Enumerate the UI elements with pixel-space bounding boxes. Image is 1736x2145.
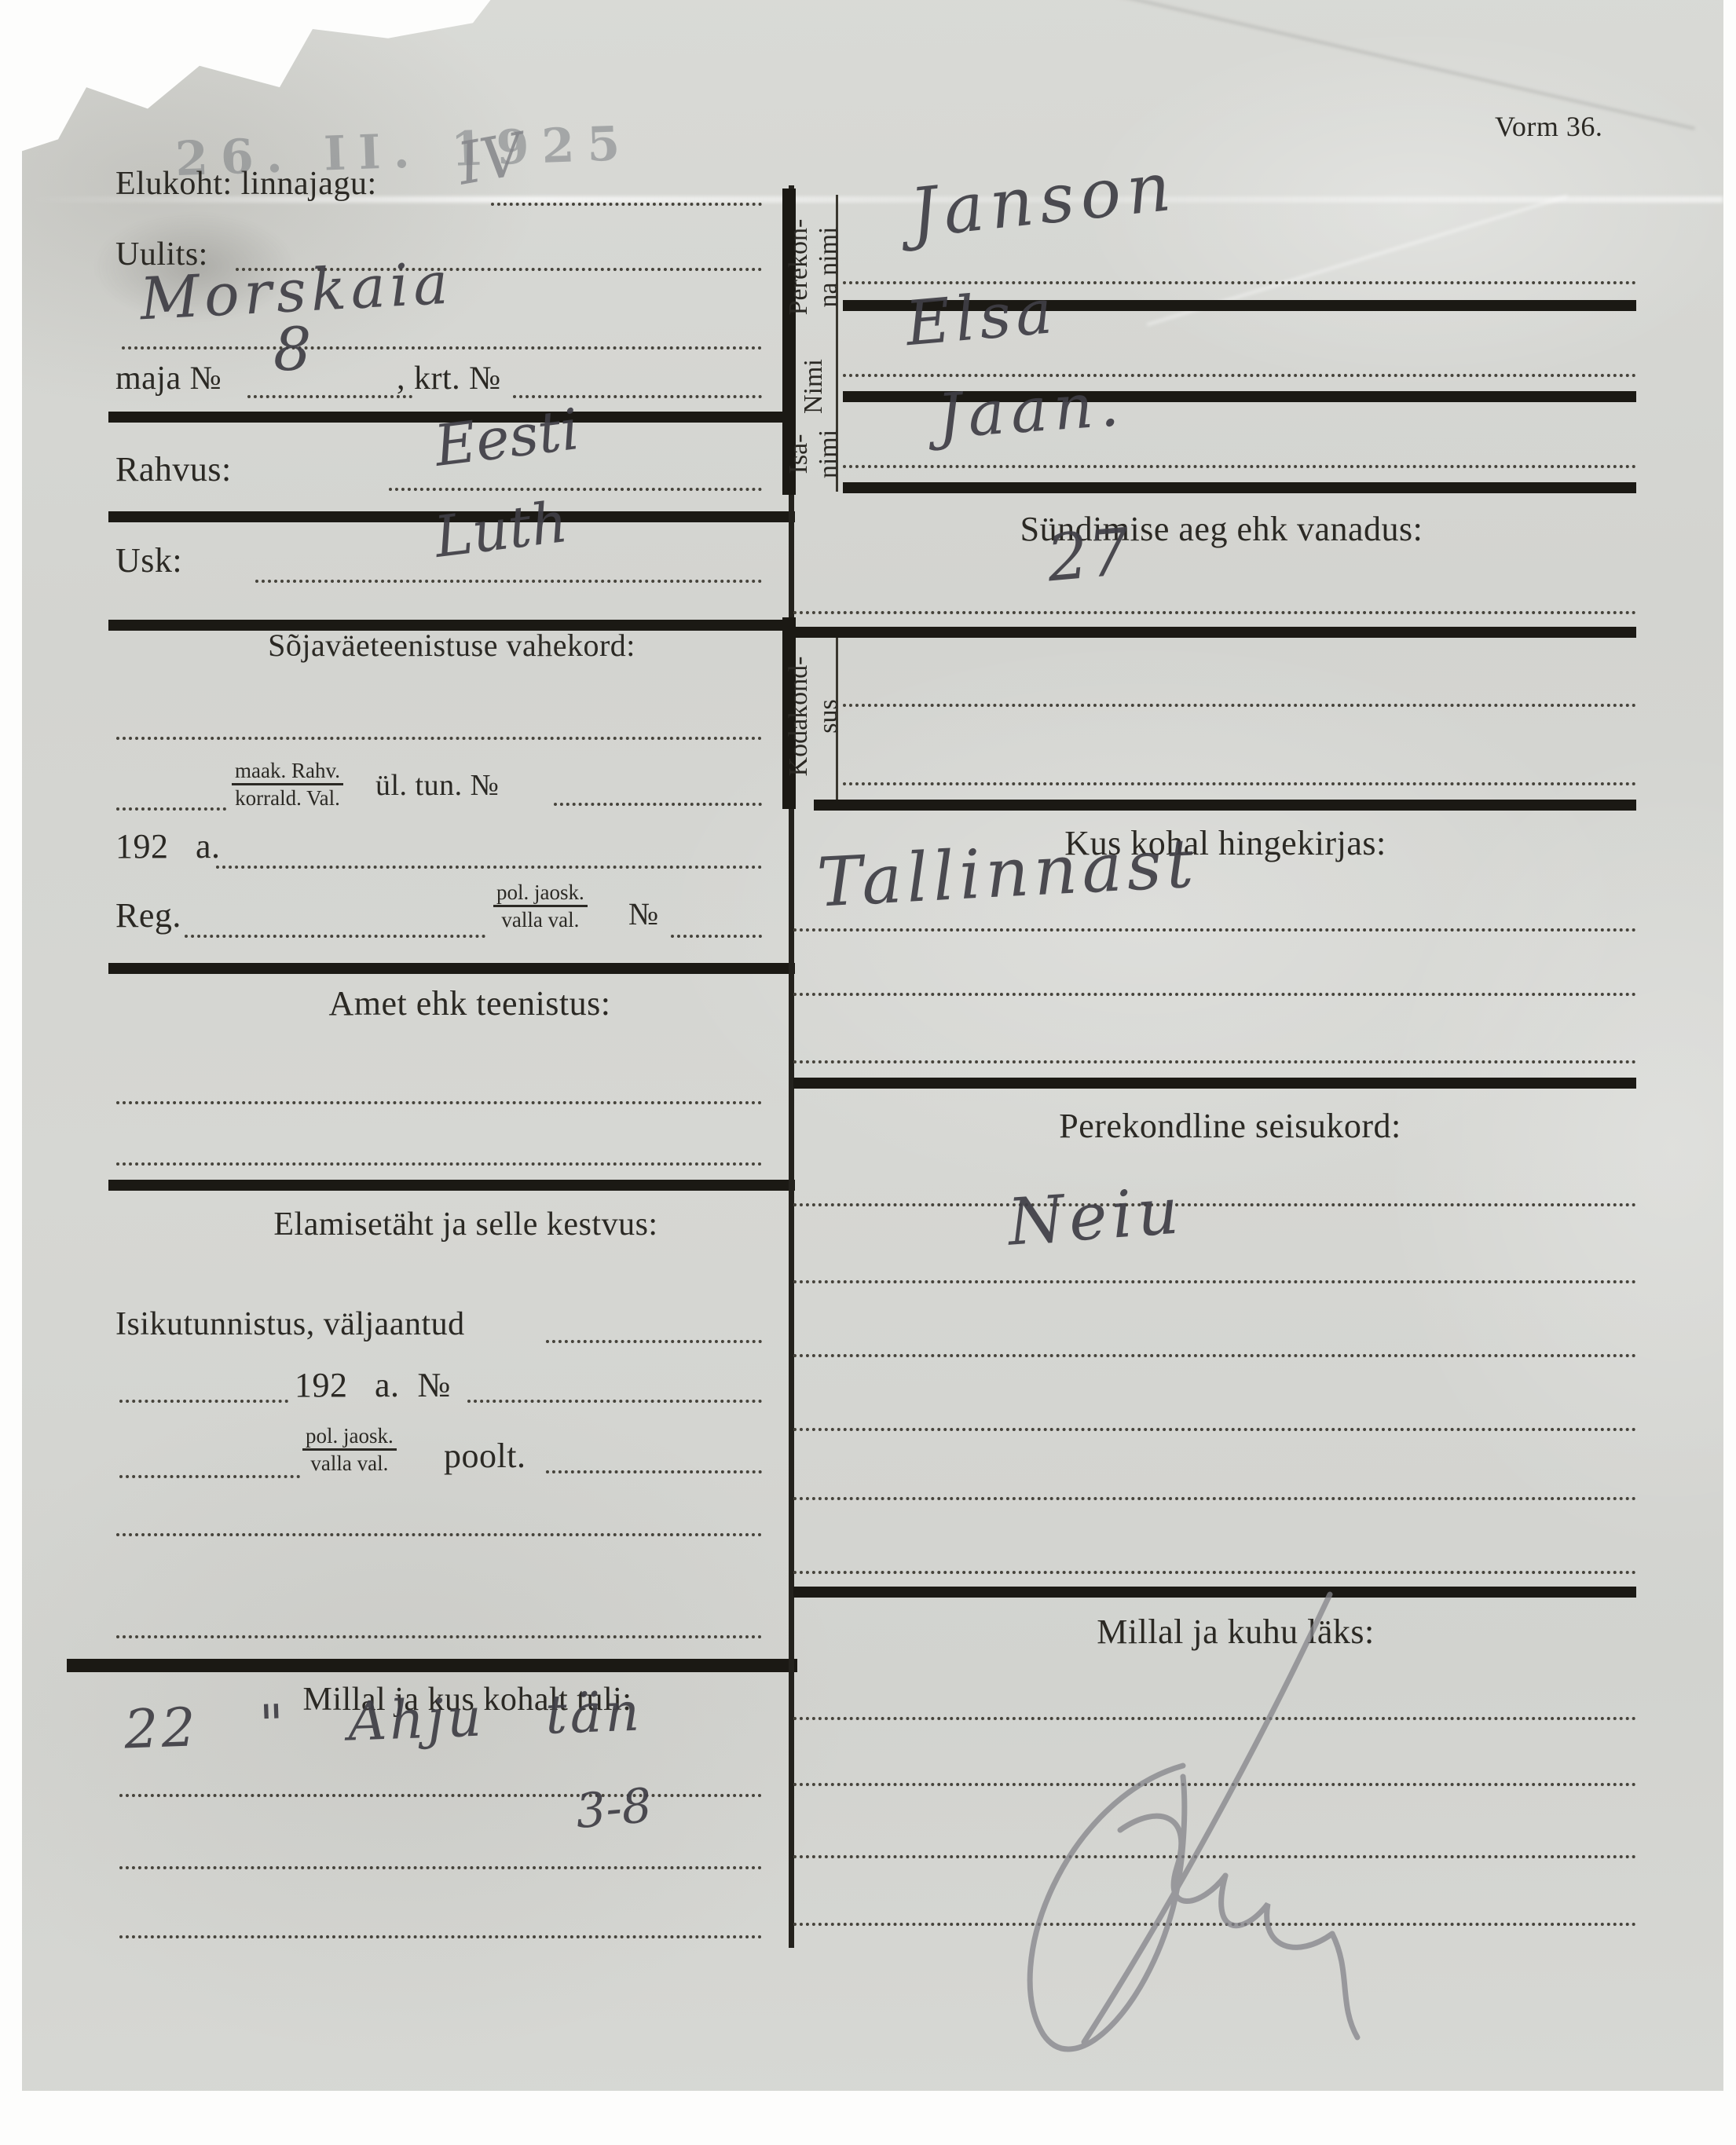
dotted-line bbox=[793, 1855, 1636, 1858]
citizenship-label-line1: Kodakond- bbox=[784, 657, 814, 777]
father-name-label-line2: nimi bbox=[814, 430, 844, 478]
military-year-label: 192 a. bbox=[115, 826, 221, 866]
dotted-line bbox=[389, 488, 762, 491]
fraction-bottom: korrald. Val. bbox=[232, 785, 343, 811]
fraction-bottom: valla val. bbox=[302, 1451, 397, 1476]
birth-value: 27 bbox=[1044, 515, 1132, 597]
first-name-vertical-label: Nimi bbox=[799, 359, 829, 414]
paper-sheet: Vorm 36. 26. II. 1925 Elukoht: linnajagu… bbox=[22, 0, 1723, 2091]
dotted-line bbox=[116, 1533, 762, 1536]
dotted-line bbox=[793, 1783, 1636, 1786]
dotted-line bbox=[793, 993, 1636, 996]
dotted-line bbox=[671, 935, 762, 938]
dotted-line bbox=[793, 1060, 1636, 1063]
dotted-line bbox=[793, 1203, 1636, 1206]
scanned-form-page: Vorm 36. 26. II. 1925 Elukoht: linnajagu… bbox=[0, 0, 1736, 2145]
dept-fraction: pol. jaosk. valla val. bbox=[493, 880, 588, 933]
section-divider-bar bbox=[843, 482, 1636, 493]
dotted-line bbox=[793, 1354, 1636, 1357]
dotted-line bbox=[793, 1717, 1636, 1720]
section-divider-bar bbox=[108, 1180, 795, 1191]
citizenship-vertical-label: Kodakond- sus bbox=[784, 657, 844, 777]
dotted-line bbox=[793, 1280, 1636, 1283]
father-name-label-line1: Isa- bbox=[784, 430, 814, 478]
year-suffix: a. bbox=[375, 1366, 400, 1404]
surname-vertical-label: Perekon- na nimi bbox=[784, 219, 844, 316]
dotted-line bbox=[491, 203, 762, 206]
section-divider-bar bbox=[793, 1078, 1636, 1089]
section-divider-bar bbox=[108, 963, 795, 974]
marital-header: Perekondline seisukord: bbox=[1059, 1106, 1401, 1146]
father-name-value: Jaan. bbox=[935, 369, 1127, 452]
registry-value: Tallinnast bbox=[815, 824, 1200, 922]
dotted-line bbox=[247, 395, 412, 398]
certificate-label: ül. tun. № bbox=[375, 768, 499, 803]
year-prefix: 192 bbox=[295, 1366, 348, 1404]
year-prefix: 192 bbox=[115, 827, 169, 866]
dotted-line bbox=[843, 465, 1636, 468]
citizenship-label-line2: sus bbox=[814, 657, 844, 777]
nationality-value: Eesti bbox=[431, 396, 583, 479]
first-name-value: Elsa bbox=[903, 276, 1060, 360]
dotted-line bbox=[116, 1635, 762, 1638]
dotted-line bbox=[116, 737, 762, 740]
military-service-header: Sõjaväeteenistuse vahekord: bbox=[268, 627, 635, 664]
house-number-value: 8 bbox=[273, 314, 311, 384]
dotted-line bbox=[793, 611, 1636, 614]
section-divider-bar bbox=[814, 800, 1636, 811]
dotted-line bbox=[793, 1923, 1636, 1926]
marital-value: Neiu bbox=[1005, 1173, 1185, 1260]
dotted-line bbox=[793, 1497, 1636, 1500]
dotted-line bbox=[122, 346, 762, 350]
dotted-line bbox=[119, 1866, 762, 1869]
dotted-line bbox=[255, 580, 762, 583]
dotted-line bbox=[793, 1571, 1636, 1574]
dotted-line bbox=[793, 1428, 1636, 1431]
issuer-fraction: pol. jaosk. valla val. bbox=[302, 1423, 397, 1477]
dotted-line bbox=[119, 1400, 288, 1403]
residence-value: IV bbox=[452, 120, 528, 198]
first-name-label: Nimi bbox=[799, 359, 829, 414]
religion-value: Luth bbox=[431, 489, 571, 570]
dotted-line bbox=[513, 395, 762, 398]
number-sign: № bbox=[628, 895, 659, 932]
dotted-line bbox=[119, 1794, 762, 1797]
id-year-label: 192 a. № bbox=[295, 1365, 451, 1405]
dotted-line bbox=[119, 1935, 762, 1938]
fraction-top: maak. Rahv. bbox=[232, 758, 343, 785]
section-divider-bar bbox=[793, 627, 1636, 638]
section-divider-bar bbox=[67, 1659, 797, 1672]
issuer-suffix: poolt. bbox=[444, 1436, 526, 1476]
dotted-line bbox=[843, 704, 1636, 707]
dotted-line bbox=[843, 374, 1636, 377]
dotted-line bbox=[116, 1101, 762, 1104]
fraction-top: pol. jaosk. bbox=[302, 1423, 397, 1451]
arrival-value-line1: 22 " Ahju tän bbox=[123, 1682, 643, 1762]
dotted-line bbox=[216, 866, 762, 869]
dotted-line bbox=[546, 1340, 762, 1343]
section-divider-bar bbox=[793, 1587, 1636, 1598]
dotted-line bbox=[554, 803, 762, 806]
residence-permit-header: Elamisetäht ja selle kestvus: bbox=[273, 1206, 657, 1243]
year-suffix: a. bbox=[196, 827, 221, 866]
surname-label-line1: Perekon- bbox=[784, 219, 814, 316]
surname-label-line2: na nimi bbox=[814, 219, 844, 316]
residence-label: Elukoht: linnajagu: bbox=[115, 165, 377, 203]
dotted-line bbox=[185, 935, 485, 938]
form-code: Vorm 36. bbox=[1495, 110, 1602, 143]
dotted-line bbox=[793, 928, 1636, 932]
nationality-label: Rahvus: bbox=[115, 449, 232, 489]
id-card-label: Isikutunnistus, väljaantud bbox=[115, 1305, 465, 1343]
dotted-line bbox=[843, 782, 1636, 785]
departure-header: Millal ja kuhu läks: bbox=[1097, 1612, 1374, 1652]
occupation-header: Amet ehk teenistus: bbox=[329, 983, 611, 1023]
dotted-line bbox=[119, 1475, 300, 1478]
surname-value: Janson bbox=[906, 147, 1181, 253]
number-sign: № bbox=[418, 1366, 451, 1404]
father-name-vertical-label: Isa- nimi bbox=[784, 430, 844, 478]
religion-label: Usk: bbox=[115, 540, 182, 580]
arrival-value-line2: 3-8 bbox=[573, 1778, 654, 1839]
fraction-top: pol. jaosk. bbox=[493, 880, 588, 907]
issuer-fraction: maak. Rahv. korrald. Val. bbox=[232, 758, 343, 811]
dotted-line bbox=[116, 1162, 762, 1166]
house-number-label: maja № bbox=[115, 360, 222, 397]
dotted-line bbox=[467, 1400, 762, 1403]
apartment-number-label: , krt. № bbox=[397, 360, 501, 397]
fraction-bottom: valla val. bbox=[493, 907, 588, 932]
dotted-line bbox=[546, 1470, 762, 1473]
reg-label: Reg. bbox=[115, 895, 181, 935]
dotted-line bbox=[116, 807, 226, 811]
